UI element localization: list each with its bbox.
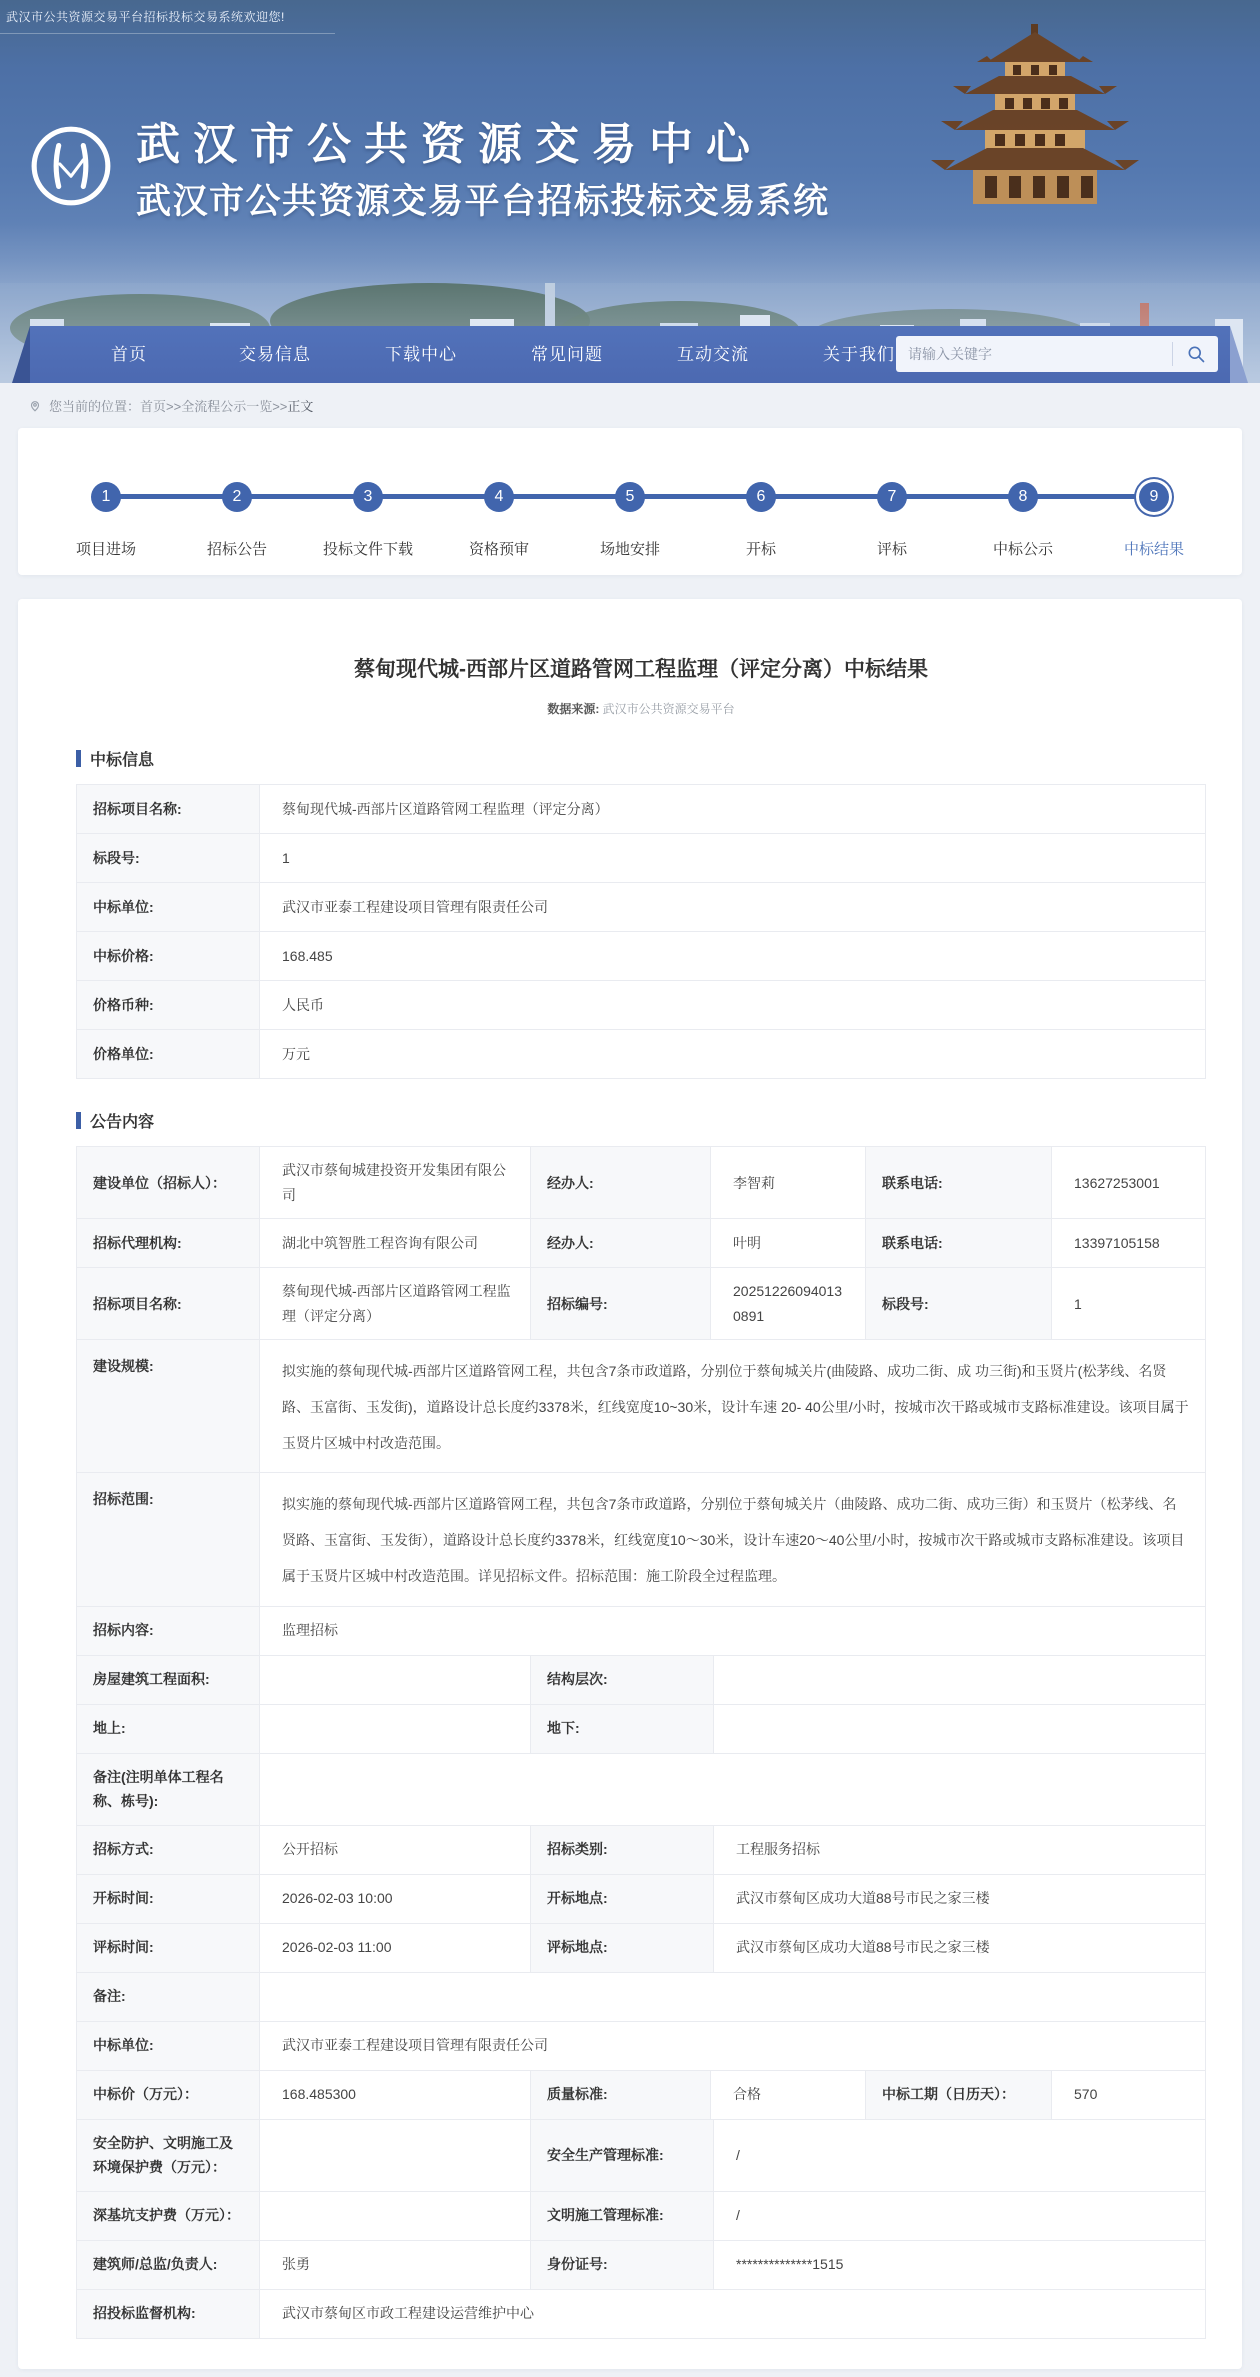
- table-label-cell: 中标工期（日历天）：: [866, 2071, 1052, 2120]
- table-label-cell: 经办人:: [531, 1219, 711, 1268]
- table-label-cell: 质量标准:: [531, 2071, 711, 2120]
- nav-item[interactable]: 首页: [56, 326, 202, 383]
- step-circle: 2: [222, 482, 252, 512]
- table-value-cell: 万元: [260, 1030, 1206, 1079]
- table-row: 标段号:1: [77, 834, 1206, 883]
- table-value-cell: 合格: [711, 2071, 866, 2120]
- table-label-cell: 安全生产管理标准:: [531, 2120, 714, 2192]
- table-value-cell: 蔡甸现代城-西部片区道路管网工程监理（评定分离）: [260, 785, 1206, 834]
- site-logo-icon: [28, 123, 114, 209]
- table-value-cell: 张勇: [260, 2241, 531, 2290]
- table-row: 招标项目名称:蔡甸现代城-西部片区道路管网工程监理（评定分离）: [77, 785, 1206, 834]
- breadcrumb-current: 正文: [287, 396, 313, 415]
- award-info-table: 招标项目名称:蔡甸现代城-西部片区道路管网工程监理（评定分离）标段号:1中标单位…: [76, 784, 1206, 1079]
- stepper-step[interactable]: 8中标公示: [977, 482, 1069, 559]
- stepper-step[interactable]: 7评标: [846, 482, 938, 559]
- table-row: 地上:地下:: [77, 1705, 1206, 1754]
- table-label-cell: 标段号:: [77, 834, 260, 883]
- table-row: 中标单位:武汉市亚泰工程建设项目管理有限责任公司: [77, 883, 1206, 932]
- step-label: 评标: [877, 538, 907, 559]
- table-value-cell: 拟实施的蔡甸现代城-西部片区道路管网工程，共包含7条市政道路，分别位于蔡甸城关片…: [260, 1473, 1206, 1606]
- table-value-cell: 湖北中筑智胜工程咨询有限公司: [260, 1219, 531, 1268]
- table-label-cell: 标段号:: [866, 1268, 1052, 1340]
- table-label-cell: 地下:: [531, 1705, 714, 1754]
- table-row: 招标范围:拟实施的蔡甸现代城-西部片区道路管网工程，共包含7条市政道路，分别位于…: [77, 1473, 1206, 1606]
- nav-item[interactable]: 常见问题: [494, 326, 640, 383]
- table-value-cell: 武汉市蔡甸区成功大道88号市民之家三楼: [714, 1924, 1206, 1973]
- table-label-cell: 中标单位:: [77, 2022, 260, 2071]
- table-label-cell: 联系电话:: [866, 1219, 1052, 1268]
- stepper-step[interactable]: 4资格预审: [453, 482, 545, 559]
- section-header-notice: 公告内容: [76, 1109, 1206, 1132]
- table-label-cell: 中标价格:: [77, 932, 260, 981]
- site-title: 武汉市公共资源交易中心: [136, 108, 830, 172]
- table-value-cell: 武汉市蔡甸城建投资开发集团有限公司: [260, 1147, 531, 1219]
- table-value-cell: 13397105158: [1052, 1219, 1206, 1268]
- table-value-cell: [714, 1705, 1206, 1754]
- table-value-cell: /: [714, 2120, 1206, 2192]
- site-subtitle: 武汉市公共资源交易平台招标投标交易系统: [136, 174, 830, 224]
- source-line: 数据来源: 武汉市公共资源交易平台: [76, 700, 1206, 717]
- table-value-cell: 1: [1052, 1268, 1206, 1340]
- table-value-cell: 拟实施的蔡甸现代城-西部片区道路管网工程，共包含7条市政道路，分别位于蔡甸城关片…: [260, 1340, 1206, 1473]
- table-value-cell: 1: [260, 834, 1206, 883]
- table-value-cell: /: [714, 2192, 1206, 2241]
- step-label: 开标: [746, 538, 776, 559]
- table-label-cell: 招标项目名称:: [77, 785, 260, 834]
- table-label-cell: 开标时间:: [77, 1875, 260, 1924]
- stepper-step[interactable]: 3投标文件下载: [322, 482, 414, 559]
- table-value-cell: 监理招标: [260, 1607, 1206, 1656]
- table-label-cell: 开标地点:: [531, 1875, 714, 1924]
- brand-block: 武汉市公共资源交易中心 武汉市公共资源交易平台招标投标交易系统: [28, 108, 830, 224]
- table-value-cell: 2026-02-03 11:00: [260, 1924, 531, 1973]
- table-row: 安全防护、文明施工及环境保护费（万元）：安全生产管理标准:/: [77, 2120, 1206, 2192]
- yellow-crane-tower-image: [915, 22, 1155, 222]
- table-label-cell: 招标编号:: [531, 1268, 711, 1340]
- table-value-cell: 武汉市蔡甸区成功大道88号市民之家三楼: [714, 1875, 1206, 1924]
- table-label-cell: 深基坑支护费（万元）：: [77, 2192, 260, 2241]
- stepper: 1项目进场2招标公告3投标文件下载4资格预审5场地安排6开标7评标8中标公示9中…: [18, 428, 1242, 559]
- table-value-cell: [714, 1656, 1206, 1705]
- table-label-cell: 评标地点:: [531, 1924, 714, 1973]
- search-box: [896, 336, 1218, 372]
- table-row: 建设单位（招标人）：武汉市蔡甸城建投资开发集团有限公司经办人:李智莉联系电话:1…: [77, 1147, 1206, 1219]
- table-label-cell: 评标时间:: [77, 1924, 260, 1973]
- table-label-cell: 招投标监督机构:: [77, 2290, 260, 2339]
- table-value-cell: [260, 2120, 531, 2192]
- notice-content-table: 建设单位（招标人）：武汉市蔡甸城建投资开发集团有限公司经办人:李智莉联系电话:1…: [76, 1146, 1206, 2338]
- search-icon: [1186, 344, 1206, 364]
- section-header-award: 中标信息: [76, 747, 1206, 770]
- table-label-cell: 招标代理机构:: [77, 1219, 260, 1268]
- table-label-cell: 中标单位:: [77, 883, 260, 932]
- step-circle: 1: [91, 482, 121, 512]
- table-value-cell: 武汉市蔡甸区市政工程建设运营维护中心: [260, 2290, 1206, 2339]
- source-label: 数据来源:: [547, 702, 602, 716]
- table-row: 招标代理机构:湖北中筑智胜工程咨询有限公司经办人:叶明联系电话:13397105…: [77, 1219, 1206, 1268]
- step-circle: 7: [877, 482, 907, 512]
- table-label-cell: 经办人:: [531, 1147, 711, 1219]
- table-label-cell: 房屋建筑工程面积:: [77, 1656, 260, 1705]
- step-label: 项目进场: [76, 538, 136, 559]
- step-label: 投标文件下载: [323, 538, 413, 559]
- table-value-cell: [260, 1705, 531, 1754]
- table-value-cell: **************1515: [714, 2241, 1206, 2290]
- table-row: 房屋建筑工程面积:结构层次:: [77, 1656, 1206, 1705]
- table-row: 招标项目名称:蔡甸现代城-西部片区道路管网工程监理（评定分离）招标编号:2025…: [77, 1268, 1206, 1340]
- source-value: 武汉市公共资源交易平台: [603, 702, 735, 716]
- table-row: 评标时间:2026-02-03 11:00评标地点:武汉市蔡甸区成功大道88号市…: [77, 1924, 1206, 1973]
- step-circle: 3: [353, 482, 383, 512]
- nav-item[interactable]: 下载中心: [348, 326, 494, 383]
- table-value-cell: 人民币: [260, 981, 1206, 1030]
- breadcrumb-trail[interactable]: 首页>>全流程公示一览>>: [140, 396, 287, 415]
- table-label-cell: 身份证号:: [531, 2241, 714, 2290]
- table-value-cell: 13627253001: [1052, 1147, 1206, 1219]
- step-circle: 4: [484, 482, 514, 512]
- table-row: 价格单位:万元: [77, 1030, 1206, 1079]
- table-label-cell: 招标项目名称:: [77, 1268, 260, 1340]
- breadcrumb: 您当前的位置： 首页>>全流程公示一览>> 正文: [0, 383, 1260, 428]
- nav-item[interactable]: 互动交流: [640, 326, 786, 383]
- table-label-cell: 备注(注明单体工程名称、栋号):: [77, 1754, 260, 1826]
- table-label-cell: 文明施工管理标准:: [531, 2192, 714, 2241]
- table-value-cell: 168.485300: [260, 2071, 531, 2120]
- table-value-cell: 570: [1052, 2071, 1206, 2120]
- table-row: 招标方式:公开招标招标类别:工程服务招标: [77, 1826, 1206, 1875]
- table-label-cell: 结构层次:: [531, 1656, 714, 1705]
- step-circle: 8: [1008, 482, 1038, 512]
- stepper-step[interactable]: 1项目进场: [60, 482, 152, 559]
- table-value-cell: 叶明: [711, 1219, 866, 1268]
- table-value-cell: 武汉市亚泰工程建设项目管理有限责任公司: [260, 2022, 1206, 2071]
- breadcrumb-prefix: 您当前的位置：: [49, 396, 140, 415]
- table-value-cell: 武汉市亚泰工程建设项目管理有限责任公司: [260, 883, 1206, 932]
- nav-item[interactable]: 交易信息: [202, 326, 348, 383]
- table-row: 招标内容:监理招标: [77, 1607, 1206, 1656]
- table-label-cell: 建筑师/总监/负责人:: [77, 2241, 260, 2290]
- table-row: 深基坑支护费（万元）：文明施工管理标准:/: [77, 2192, 1206, 2241]
- table-value-cell: 工程服务招标: [714, 1826, 1206, 1875]
- table-label-cell: 招标方式:: [77, 1826, 260, 1875]
- step-circle: 9: [1139, 482, 1169, 512]
- table-label-cell: 安全防护、文明施工及环境保护费（万元）：: [77, 2120, 260, 2192]
- table-row: 中标价（万元）：168.485300质量标准:合格中标工期（日历天）：570: [77, 2071, 1206, 2120]
- stepper-card: 1项目进场2招标公告3投标文件下载4资格预审5场地安排6开标7评标8中标公示9中…: [18, 428, 1242, 575]
- table-label-cell: 招标类别:: [531, 1826, 714, 1875]
- stepper-step[interactable]: 6开标: [715, 482, 807, 559]
- table-value-cell: 202512260940130891: [711, 1268, 866, 1340]
- table-label-cell: 价格币种:: [77, 981, 260, 1030]
- nav-items: 首页交易信息下载中心常见问题互动交流关于我们: [30, 326, 932, 383]
- table-row: 中标价格:168.485: [77, 932, 1206, 981]
- table-label-cell: 招标范围:: [77, 1473, 260, 1606]
- table-row: 备注(注明单体工程名称、栋号):: [77, 1754, 1206, 1826]
- table-label-cell: 联系电话:: [866, 1147, 1052, 1219]
- table-label-cell: 建设规模:: [77, 1340, 260, 1473]
- main-nav: 首页交易信息下载中心常见问题互动交流关于我们: [30, 326, 1230, 383]
- step-label: 中标结果: [1124, 538, 1184, 559]
- table-row: 中标单位:武汉市亚泰工程建设项目管理有限责任公司: [77, 2022, 1206, 2071]
- section-accent-bar: [76, 1112, 81, 1129]
- section-accent-bar: [76, 750, 81, 767]
- table-value-cell: 蔡甸现代城-西部片区道路管网工程监理（评定分离）: [260, 1268, 531, 1340]
- step-label: 场地安排: [600, 538, 660, 559]
- table-label-cell: 建设单位（招标人）：: [77, 1147, 260, 1219]
- table-value-cell: 李智莉: [711, 1147, 866, 1219]
- step-label: 资格预审: [469, 538, 529, 559]
- brand-text: 武汉市公共资源交易中心 武汉市公共资源交易平台招标投标交易系统: [136, 108, 830, 224]
- step-label: 招标公告: [207, 538, 267, 559]
- welcome-divider: [0, 33, 335, 34]
- table-row: 招投标监督机构:武汉市蔡甸区市政工程建设运营维护中心: [77, 2290, 1206, 2339]
- content-card: 蔡甸现代城-西部片区道路管网工程监理（评定分离）中标结果 数据来源: 武汉市公共…: [18, 599, 1242, 2369]
- search-input[interactable]: [896, 336, 1172, 372]
- table-label-cell: 中标价（万元）：: [77, 2071, 260, 2120]
- table-value-cell: [260, 2192, 531, 2241]
- search-button[interactable]: [1172, 342, 1218, 366]
- location-pin-icon: [28, 398, 42, 413]
- table-row: 备注:: [77, 1973, 1206, 2022]
- step-circle: 6: [746, 482, 776, 512]
- header-banner: 武汉市公共资源交易平台招标投标交易系统欢迎您!: [0, 0, 1260, 383]
- section-title: 公告内容: [90, 1109, 154, 1132]
- stepper-step[interactable]: 9中标结果: [1108, 482, 1200, 559]
- page-title: 蔡甸现代城-西部片区道路管网工程监理（评定分离）中标结果: [76, 655, 1206, 684]
- step-circle: 5: [615, 482, 645, 512]
- table-row: 建设规模:拟实施的蔡甸现代城-西部片区道路管网工程，共包含7条市政道路，分别位于…: [77, 1340, 1206, 1473]
- stepper-step[interactable]: 5场地安排: [584, 482, 676, 559]
- stepper-step[interactable]: 2招标公告: [191, 482, 283, 559]
- table-value-cell: 168.485: [260, 932, 1206, 981]
- table-row: 价格币种:人民币: [77, 981, 1206, 1030]
- welcome-text: 武汉市公共资源交易平台招标投标交易系统欢迎您!: [0, 0, 1260, 25]
- table-value-cell: 公开招标: [260, 1826, 531, 1875]
- table-label-cell: 价格单位:: [77, 1030, 260, 1079]
- table-value-cell: 2026-02-03 10:00: [260, 1875, 531, 1924]
- table-value-cell: [260, 1973, 1206, 2022]
- table-value-cell: [260, 1656, 531, 1705]
- step-label: 中标公示: [993, 538, 1053, 559]
- table-label-cell: 备注:: [77, 1973, 260, 2022]
- table-label-cell: 地上:: [77, 1705, 260, 1754]
- table-value-cell: [260, 1754, 1206, 1826]
- table-row: 开标时间:2026-02-03 10:00开标地点:武汉市蔡甸区成功大道88号市…: [77, 1875, 1206, 1924]
- table-row: 建筑师/总监/负责人:张勇身份证号:**************1515: [77, 2241, 1206, 2290]
- section-title: 中标信息: [90, 747, 154, 770]
- table-label-cell: 招标内容:: [77, 1607, 260, 1656]
